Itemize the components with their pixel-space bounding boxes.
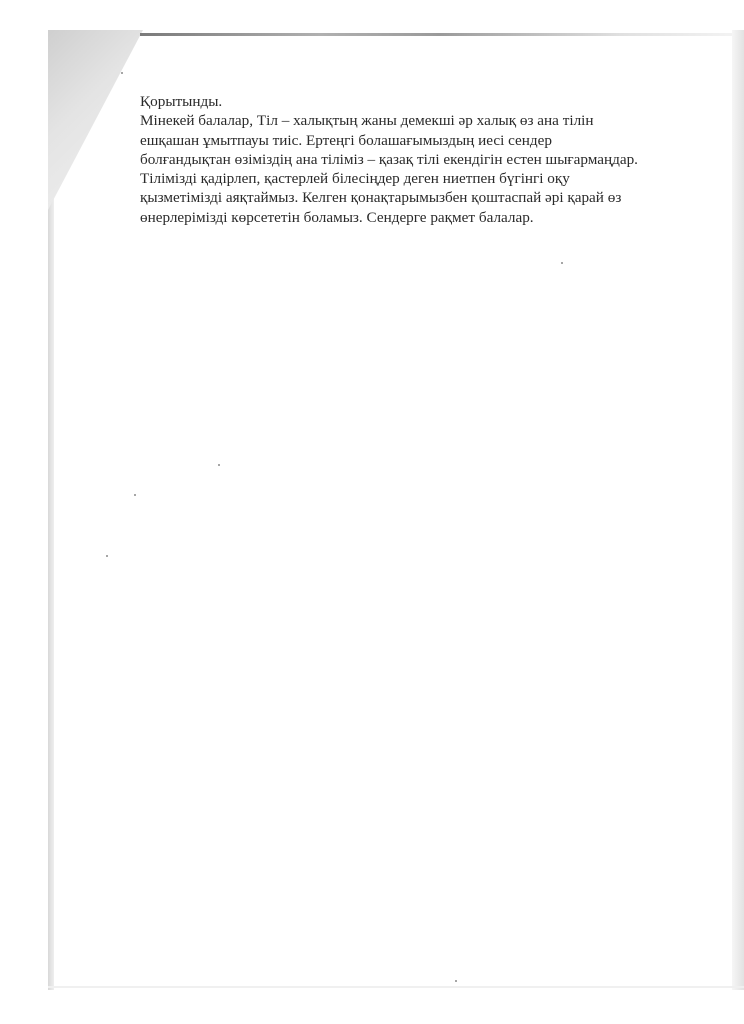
scan-right-edge [732, 30, 744, 990]
scan-speck [134, 494, 136, 496]
scan-speck [121, 72, 123, 74]
paragraph-line: өнерлерімізді көрсететін боламыз. Сендер… [140, 208, 670, 227]
scan-speck [106, 555, 108, 557]
scan-bottom-edge [48, 986, 744, 988]
scan-speck [218, 464, 220, 466]
scan-speck [455, 980, 457, 982]
section-heading: Қорытынды. [140, 92, 670, 111]
document-body: Қорытынды. Мінекей балалар, Тіл – халықт… [140, 92, 670, 227]
paragraph-line: болғандықтан өзіміздің ана тіліміз – қаз… [140, 150, 670, 169]
paragraph-line: Мінекей балалар, Тіл – халықтың жаны дем… [140, 111, 670, 130]
scan-top-edge [140, 33, 740, 36]
conclusion-paragraph: Мінекей балалар, Тіл – халықтың жаны дем… [140, 111, 670, 227]
scan-speck [561, 262, 563, 264]
folded-corner [48, 30, 143, 210]
paragraph-line: ешқашан ұмытпауы тиіс. Ертеңгі болашағым… [140, 131, 670, 150]
paragraph-line: Тілімізді қадірлеп, қастерлей білесіңдер… [140, 169, 670, 188]
scanned-page: Қорытынды. Мінекей балалар, Тіл – халықт… [0, 0, 744, 1024]
paragraph-line: қызметімізді аяқтаймыз. Келген қонақтары… [140, 188, 670, 207]
